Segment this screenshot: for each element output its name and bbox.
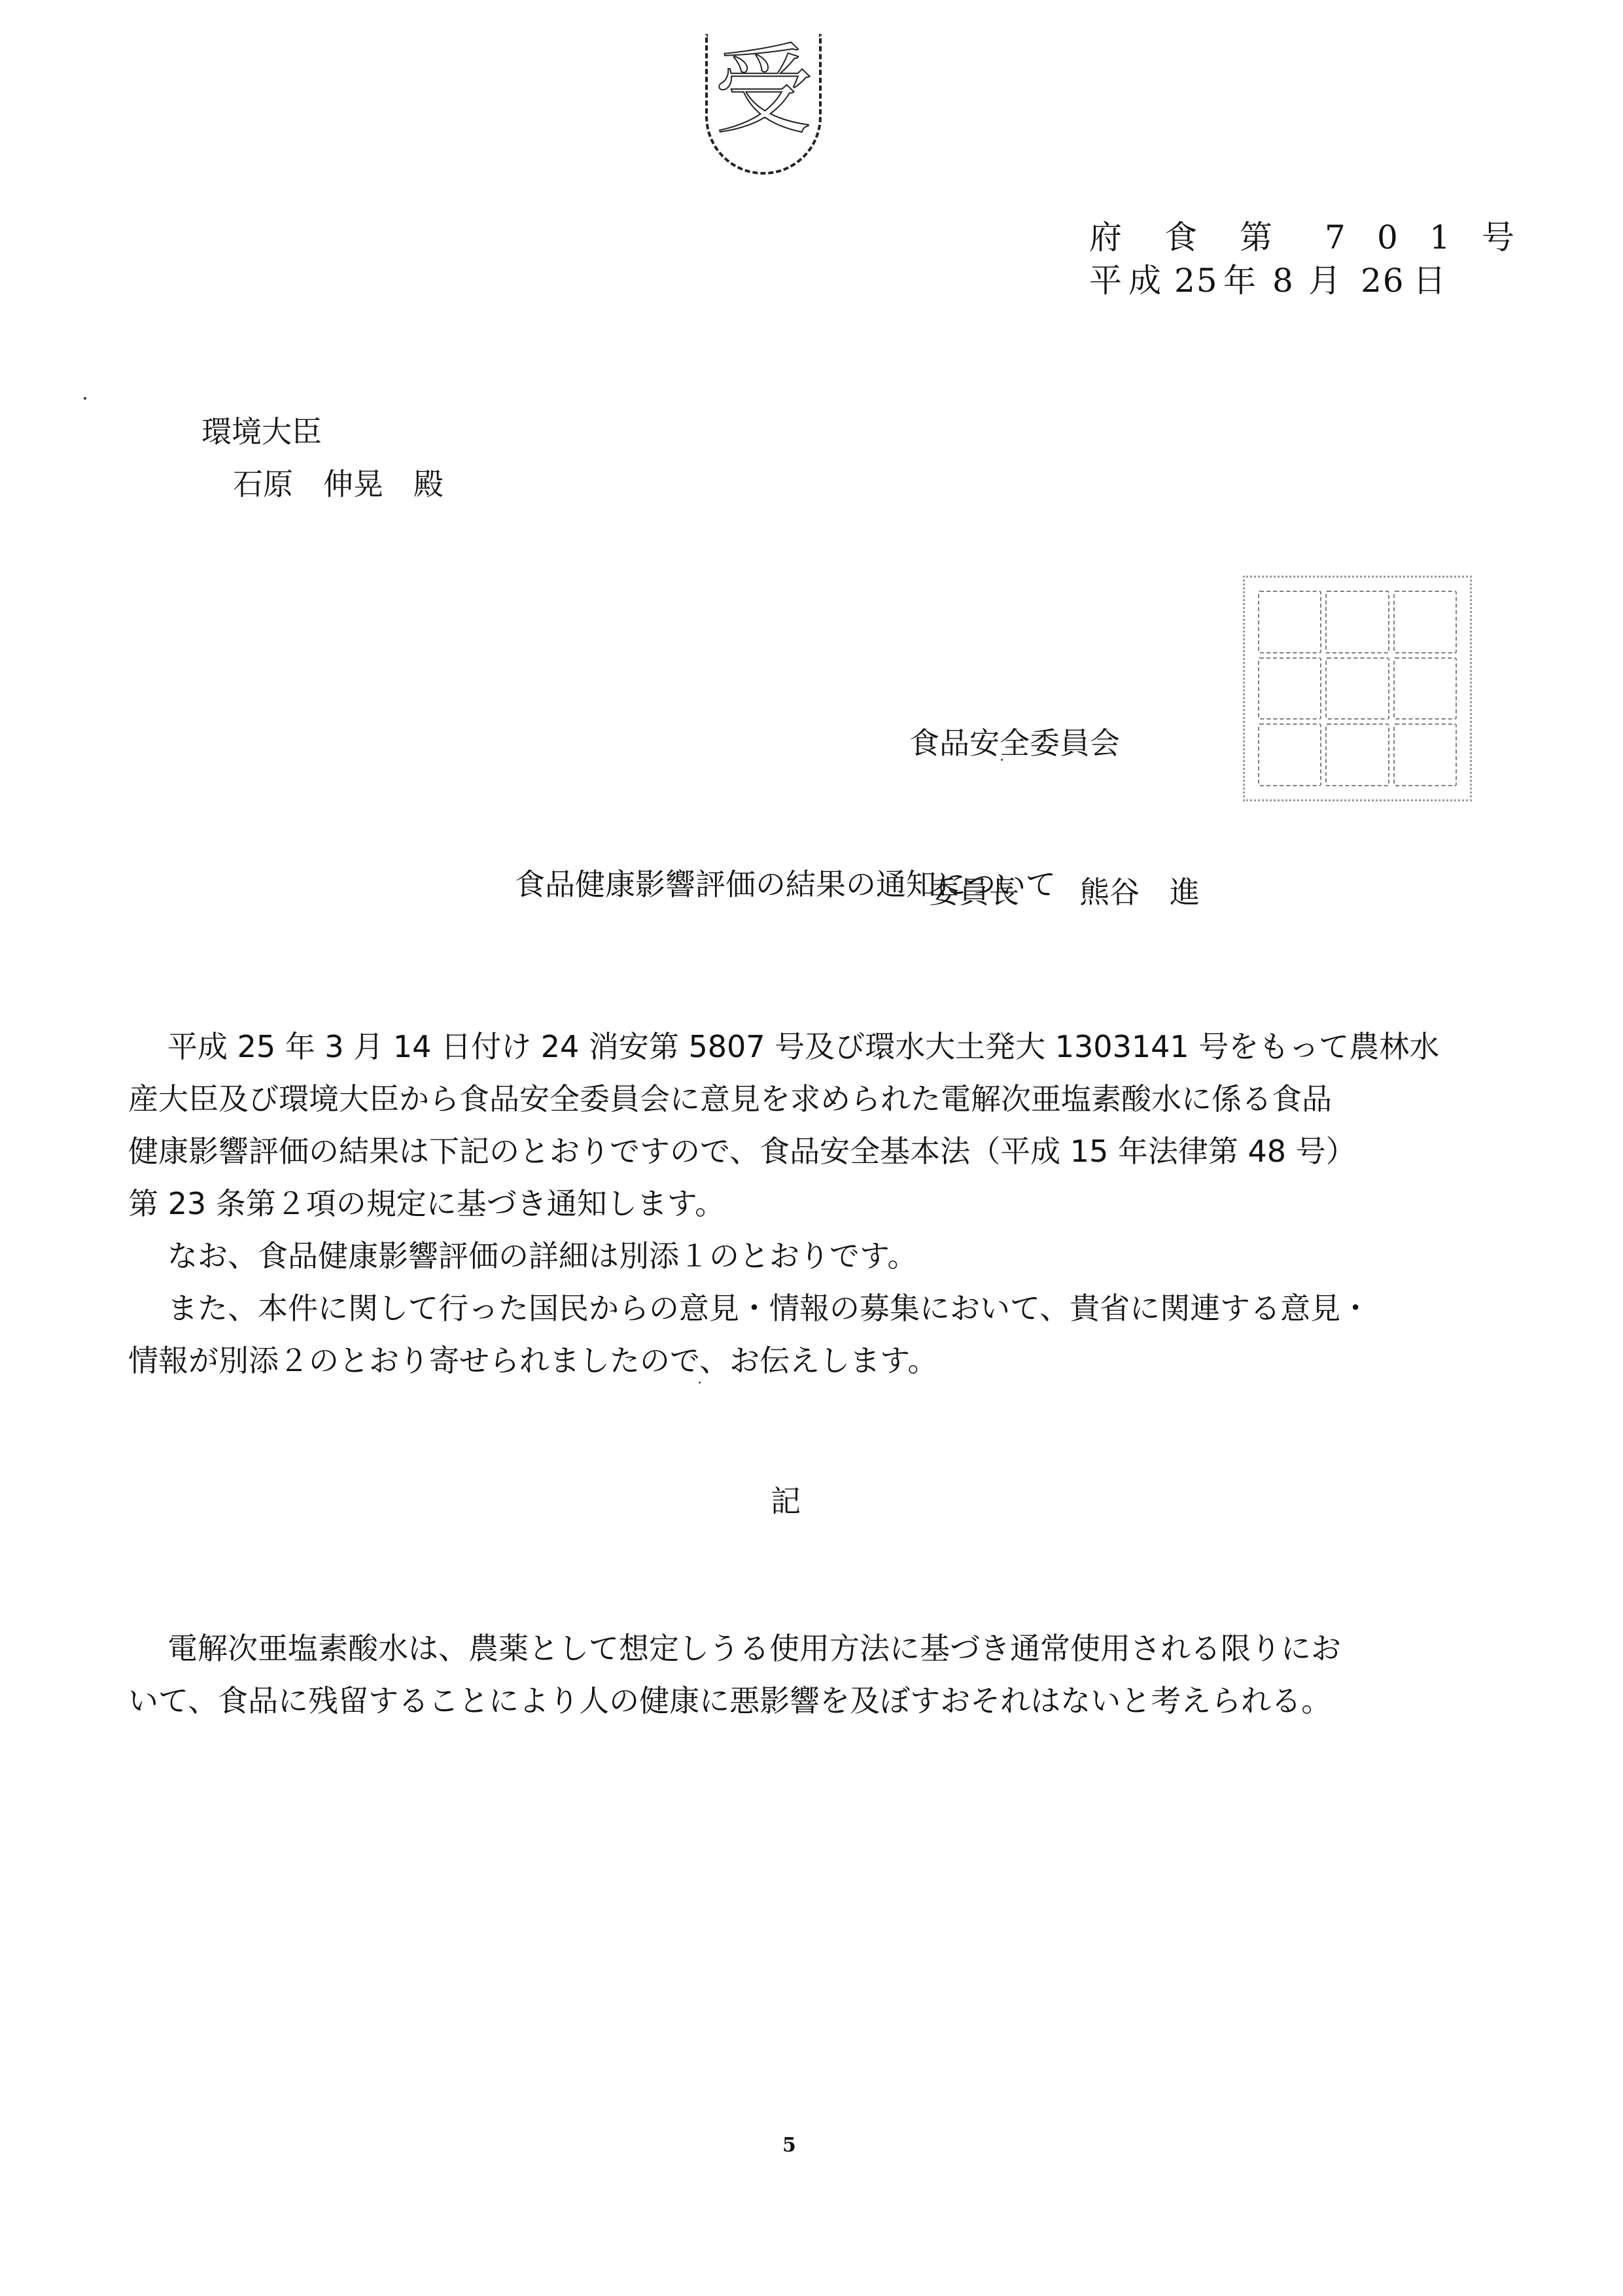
received-stamp: 受 bbox=[705, 34, 822, 175]
doc-number-digit: 1 bbox=[1429, 216, 1482, 259]
document-title-text: 食品健康影響評価の結果の通知について bbox=[515, 867, 1056, 902]
addressee-block: 環境大臣 石原 伸晃 殿 bbox=[201, 406, 444, 510]
body-line: 平成 25 年 3 月 14 日付け 24 消安第 5807 号及び環水大土発大… bbox=[128, 1020, 1502, 1073]
doc-number-char: 食 bbox=[1164, 216, 1240, 259]
document-date: 平 成 25 年 8 月 26 日 bbox=[1089, 259, 1516, 302]
sender-organization: 食品安全委員会 bbox=[909, 718, 1200, 768]
doc-number-char: 号 bbox=[1482, 216, 1516, 259]
conclusion-line: 電解次亜塩素酸水は、農薬として想定しうる使用方法に基づき通常使用される限りにお bbox=[128, 1622, 1341, 1675]
conclusion-line: いて、食品に残留することにより人の健康に悪影響を及ぼすおそれはないと考えられる。 bbox=[128, 1675, 1341, 1727]
date-char: 日 bbox=[1413, 259, 1452, 302]
body-line: 産大臣及び環境大臣から食品安全委員会に意見を求められた電解次亜塩素酸水に係る食品 bbox=[128, 1073, 1502, 1125]
scan-speck bbox=[84, 397, 86, 400]
date-year: 25 bbox=[1174, 259, 1223, 302]
sender-block: 食品安全委員会 委員長 熊谷 進 bbox=[909, 619, 1200, 967]
body-line: 健康影響評価の結果は下記のとおりですので、食品安全基本法（平成 15 年法律第 … bbox=[128, 1125, 1502, 1177]
addressee-title: 環境大臣 bbox=[201, 406, 444, 458]
body-line: また、本件に関して行った国民からの意見・情報の募集において、貴省に関連する意見・ bbox=[128, 1282, 1502, 1334]
date-char: 月 bbox=[1308, 259, 1361, 302]
scan-speck bbox=[1001, 759, 1003, 761]
date-char: 成 bbox=[1128, 259, 1174, 302]
date-month: 8 bbox=[1272, 259, 1308, 302]
date-char: 平 bbox=[1089, 259, 1128, 302]
doc-number-char: 第 bbox=[1240, 216, 1325, 259]
document-title: 食品健康影響評価の結果の通知について bbox=[0, 865, 1623, 904]
document-number: 府 食 第 7 0 1 号 bbox=[1089, 216, 1516, 259]
body-paragraphs: 平成 25 年 3 月 14 日付け 24 消安第 5807 号及び環水大土発大… bbox=[128, 1020, 1502, 1387]
date-char: 年 bbox=[1223, 259, 1272, 302]
body-line: なお、食品健康影響評価の詳細は別添１のとおりです。 bbox=[128, 1230, 1502, 1282]
addressee-name: 石原 伸晃 殿 bbox=[201, 458, 444, 510]
date-day: 26 bbox=[1361, 259, 1413, 302]
doc-number-digit: 7 bbox=[1325, 216, 1377, 259]
document-number-block: 府 食 第 7 0 1 号 平 成 25 年 8 月 26 日 bbox=[1089, 216, 1516, 302]
doc-number-digit: 0 bbox=[1377, 216, 1429, 259]
conclusion-paragraph: 電解次亜塩素酸水は、農薬として想定しうる使用方法に基づき通常使用される限りにお … bbox=[128, 1622, 1341, 1727]
received-stamp-glyph: 受 bbox=[708, 35, 819, 147]
scan-speck bbox=[699, 1382, 701, 1383]
ki-heading: 記 bbox=[771, 1482, 801, 1521]
body-line: 情報が別添２のとおり寄せられましたので、お伝えします。 bbox=[128, 1334, 1502, 1387]
body-line: 第 23 条第２項の規定に基づき通知します。 bbox=[128, 1177, 1502, 1230]
page-number: 5 bbox=[782, 2134, 796, 2157]
doc-number-char: 府 bbox=[1089, 216, 1164, 259]
official-seal-icon bbox=[1243, 576, 1472, 801]
